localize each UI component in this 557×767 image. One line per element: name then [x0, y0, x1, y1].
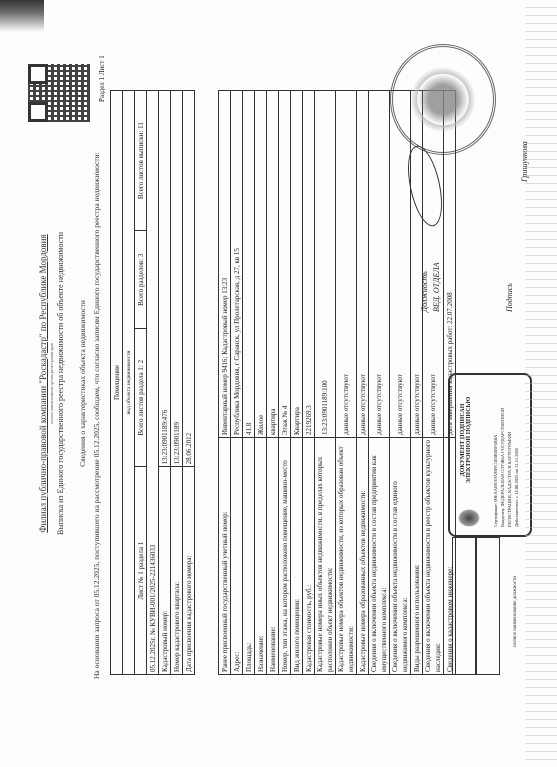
table-row: Номер кадастрового квартала: 13:23:09011… — [171, 91, 183, 675]
row-value: квартира — [267, 91, 279, 438]
official-seal-icon — [390, 44, 496, 155]
position-block — [452, 537, 530, 675]
document-page: Филиал публично-правовой компании "Роска… — [0, 0, 557, 767]
row-label: Дата присвоения кадастрового номера: — [183, 467, 195, 675]
table-row: Вид жилого помещения:Квартира — [291, 91, 303, 675]
table-row: Кадастровые номера образованных объектов… — [357, 91, 369, 675]
position-cell — [476, 537, 500, 675]
row-label: Сведения о включении объекта недвижимост… — [423, 438, 444, 675]
row-label: Сведения о включении объекта недвижимост… — [369, 438, 390, 675]
table-row: Адрес:Республика Мордовия, г Саранск, ул… — [231, 91, 243, 675]
object-summary-table: Помещение вид объекта недвижимости Лист … — [110, 90, 195, 675]
row-value: 13:23:0901189 — [171, 91, 183, 467]
section-label: Раздел 1 Лист 1 — [98, 55, 106, 102]
position-stamp: Должность — [420, 271, 429, 312]
e-signature-stamp: ДОКУМЕНТ ПОДПИСАН ЭЛЕКТРОННОЙ ПОДПИСЬЮ С… — [448, 373, 532, 537]
row-value: данные отсутствуют — [357, 91, 369, 438]
table-row: Кадастровые номера иных объектов недвижи… — [315, 91, 336, 675]
table-row: Сведения о включении объекта недвижимост… — [390, 91, 411, 675]
organization-name: Филиал публично-правовой компании "Роска… — [38, 0, 48, 767]
e-sign-title-2: ЭЛЕКТРОННОЙ ПОДПИСЬЮ — [466, 385, 472, 495]
row-value: данные отсутствуют — [336, 91, 357, 438]
organization-note: полное наименование органа регистрации п… — [49, 0, 54, 767]
row-value: 28.06.2012 — [183, 91, 195, 467]
row-label: Кадастровые номера иных объектов недвижи… — [315, 438, 336, 675]
document-title: Выписка из Единого государственного реес… — [56, 0, 65, 767]
row-label: Назначение: — [255, 438, 267, 675]
row-label: Номер, тип этажа, на котором расположено… — [279, 438, 291, 675]
table-row: Кадастровые номера объектов недвижимости… — [336, 91, 357, 675]
scan-edge — [525, 0, 557, 767]
row-label: Кадастровая стоимость, руб.: — [303, 438, 315, 675]
position-cell — [452, 537, 476, 675]
row-value: Квартира — [291, 91, 303, 438]
row-label: Кадастровые номера образованных объектов… — [357, 438, 369, 675]
table-row: Площадь:41.8 — [243, 91, 255, 675]
row-value: 13:23:0901189:476 — [159, 91, 171, 467]
signature-label: Подпись — [505, 283, 514, 312]
row-value: 41.8 — [243, 91, 255, 438]
row-value: данные отсутствуют — [369, 91, 390, 438]
row-value: Инвентарный номер 9416; Кадастровый номе… — [219, 91, 231, 438]
row-label: Сведения о включении объекта недвижимост… — [390, 438, 411, 675]
sheet-label: Лист № 1 раздела 1 — [135, 467, 147, 675]
table-row: Кадастровая стоимость, руб.:2219269.3 — [303, 91, 315, 675]
position-stamp-2: ВЕД. ОТДЕЛА — [432, 262, 441, 312]
position-caption: полное наименование должности — [513, 576, 518, 647]
table-row: Наименование:квартира — [267, 91, 279, 675]
table-row: Ранее присвоенный государственный учетны… — [219, 91, 231, 675]
row-label: Кадастровый номер: — [159, 467, 171, 675]
intro-text: На основании запроса от 05.12.2025, пост… — [92, 152, 101, 679]
document-number: 05.12.2025г. № КУВИ-001/2025-221436033 — [147, 91, 159, 675]
table-row: Номер, тип этажа, на котором расположено… — [279, 91, 291, 675]
object-type-caption: вид объекта недвижимости — [123, 91, 135, 675]
table-row: Сведения о включении объекта недвижимост… — [369, 91, 390, 675]
row-value: Этаж № 4 — [279, 91, 291, 438]
row-label: Площадь: — [243, 438, 255, 675]
object-type: Помещение — [111, 91, 123, 675]
row-label: Вид жилого помещения: — [291, 438, 303, 675]
table-row: Кадастровый номер: 13:23:0901189:476 — [159, 91, 171, 675]
row-value: 13:23:0901189:100 — [315, 91, 336, 438]
row-label: Виды разрешенного использования: — [411, 438, 423, 675]
row-label: Адрес: — [231, 438, 243, 675]
e-sign-validity: Действителен: с 14.08.2025 по 11.11.2026 — [513, 382, 520, 527]
e-sign-owner: Владелец: ФЕДЕРАЛЬНАЯ СЛУЖБА ГОСУДАРСТВЕ… — [499, 382, 513, 527]
e-sign-certificate: Сертификат: 00EAAB9A9A9B9C5E8B6BF6B8A — [492, 382, 499, 527]
row-value: Жилое — [255, 91, 267, 438]
row-label: Кадастровые номера объектов недвижимости… — [336, 438, 357, 675]
table-row: Назначение:Жилое — [255, 91, 267, 675]
row-label: Номер кадастрового квартала: — [171, 467, 183, 675]
row-label: Наименование: — [267, 438, 279, 675]
total-sections: Всего разделов: 3 — [135, 231, 147, 329]
document-subtitle: Сведения о характеристиках объекта недви… — [78, 0, 87, 767]
row-value: данные отсутствуют — [390, 91, 411, 438]
row-value: Республика Мордовия, г Саранск, ул Проле… — [231, 91, 243, 438]
section-sheets: Всего листов раздела 1: 2 — [135, 329, 147, 467]
total-sheets: Всего листов выписки: 11 — [135, 91, 147, 231]
row-label: Ранее присвоенный государственный учетны… — [219, 438, 231, 675]
row-value: 2219269.3 — [303, 91, 315, 438]
table-row: Дата присвоения кадастрового номера: 28.… — [183, 91, 195, 675]
emblem-icon — [458, 509, 480, 527]
